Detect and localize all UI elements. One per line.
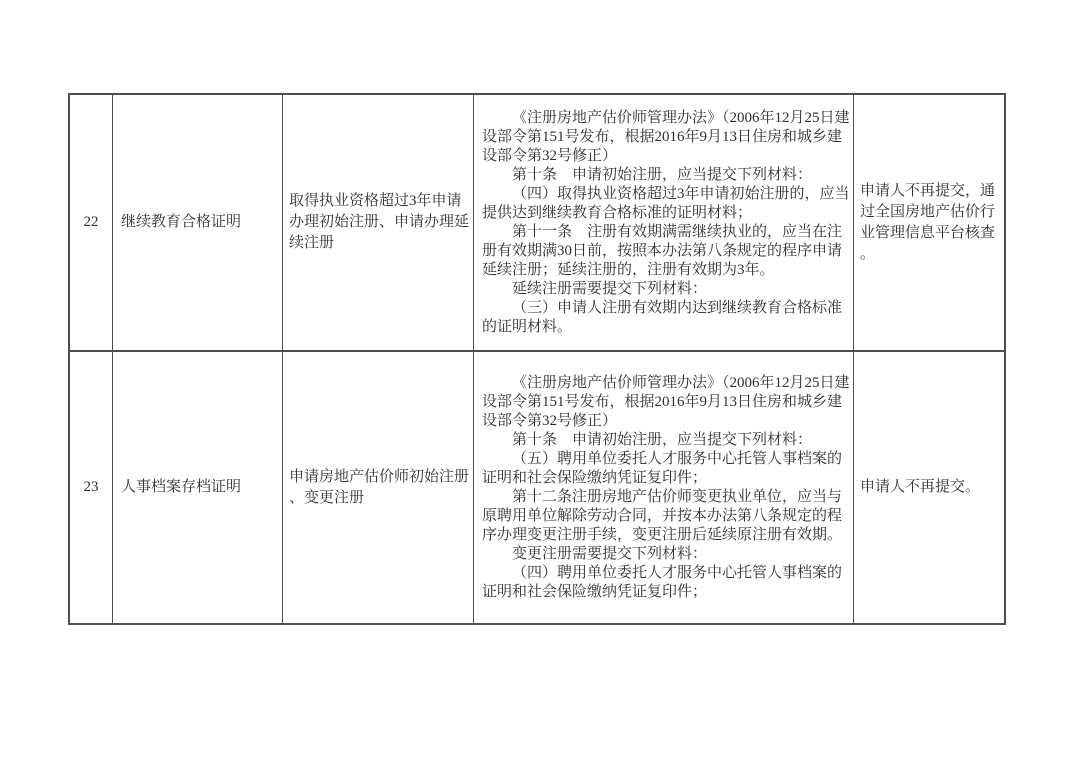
legal-basis-paragraph: 《注册房地产估价师管理办法》（2006年12月25日建设部令第151号发布，根据… [482, 109, 851, 166]
legal-basis-paragraph: （三）申请人注册有效期内达到继续教育合格标准的证明材料。 [482, 299, 851, 337]
remark-text: 申请人不再提交。 [860, 477, 1002, 498]
row-23-applicable-matters-cell: 申请房地产估价师初始注册、变更注册 [283, 352, 474, 623]
certificate-name: 人事档案存档证明 [121, 477, 278, 498]
row-22-remark-cell: 申请人不再提交，通过全国房地产估价行业管理信息平台核查。 [854, 95, 1004, 352]
row-23-certificate-name-cell: 人事档案存档证明 [113, 352, 283, 623]
legal-basis-paragraph: 变更注册需要提交下列材料： [482, 545, 851, 564]
legal-basis-paragraph: 第十条 申请初始注册，应当提交下列材料： [482, 166, 851, 185]
row-22-certificate-name-cell: 继续教育合格证明 [113, 95, 283, 352]
row-22-applicable-matters-cell: 取得执业资格超过3年申请办理初始注册、申请办理延续注册 [283, 95, 474, 352]
legal-basis-paragraph: 第十一条 注册有效期满需继续执业的，应当在注册有效期满30日前，按照本办法第八条… [482, 223, 851, 280]
legal-basis-paragraph: 第十条 申请初始注册，应当提交下列材料： [482, 431, 851, 450]
certificate-name: 继续教育合格证明 [121, 212, 278, 233]
row-23-legal-basis-cell: 《注册房地产估价师管理办法》（2006年12月25日建设部令第151号发布，根据… [474, 352, 854, 623]
remark-text: 申请人不再提交，通过全国房地产估价行业管理信息平台核查。 [860, 181, 1002, 265]
row-number: 22 [84, 212, 99, 233]
legal-basis-paragraph: 《注册房地产估价师管理办法》（2006年12月25日建设部令第151号发布，根据… [482, 374, 851, 431]
applicable-matters: 取得执业资格超过3年申请办理初始注册、申请办理延续注册 [289, 191, 472, 254]
row-22-legal-basis-cell: 《注册房地产估价师管理办法》（2006年12月25日建设部令第151号发布，根据… [474, 95, 854, 352]
row-23-number-cell: 23 [70, 352, 113, 623]
legal-basis-paragraph: 第十二条注册房地产估价师变更执业单位，应当与原聘用单位解除劳动合同，并按本办法第… [482, 488, 851, 545]
certificate-clearance-table: 22 继续教育合格证明 取得执业资格超过3年申请办理初始注册、申请办理延续注册 … [68, 93, 1006, 625]
document-page: 22 继续教育合格证明 取得执业资格超过3年申请办理初始注册、申请办理延续注册 … [0, 0, 1080, 763]
legal-basis-paragraph: （四）聘用单位委托人才服务中心托管人事档案的证明和社会保险缴纳凭证复印件； [482, 564, 851, 602]
row-22-number-cell: 22 [70, 95, 113, 352]
row-number: 23 [84, 477, 99, 498]
legal-basis-paragraph: （五）聘用单位委托人才服务中心托管人事档案的证明和社会保险缴纳凭证复印件； [482, 450, 851, 488]
applicable-matters: 申请房地产估价师初始注册、变更注册 [289, 467, 472, 509]
legal-basis-paragraph: 延续注册需要提交下列材料： [482, 280, 851, 299]
legal-basis-paragraph: （四）取得执业资格超过3年申请初始注册的，应当提供达到继续教育合格标准的证明材料… [482, 185, 851, 223]
row-23-remark-cell: 申请人不再提交。 [854, 352, 1004, 623]
